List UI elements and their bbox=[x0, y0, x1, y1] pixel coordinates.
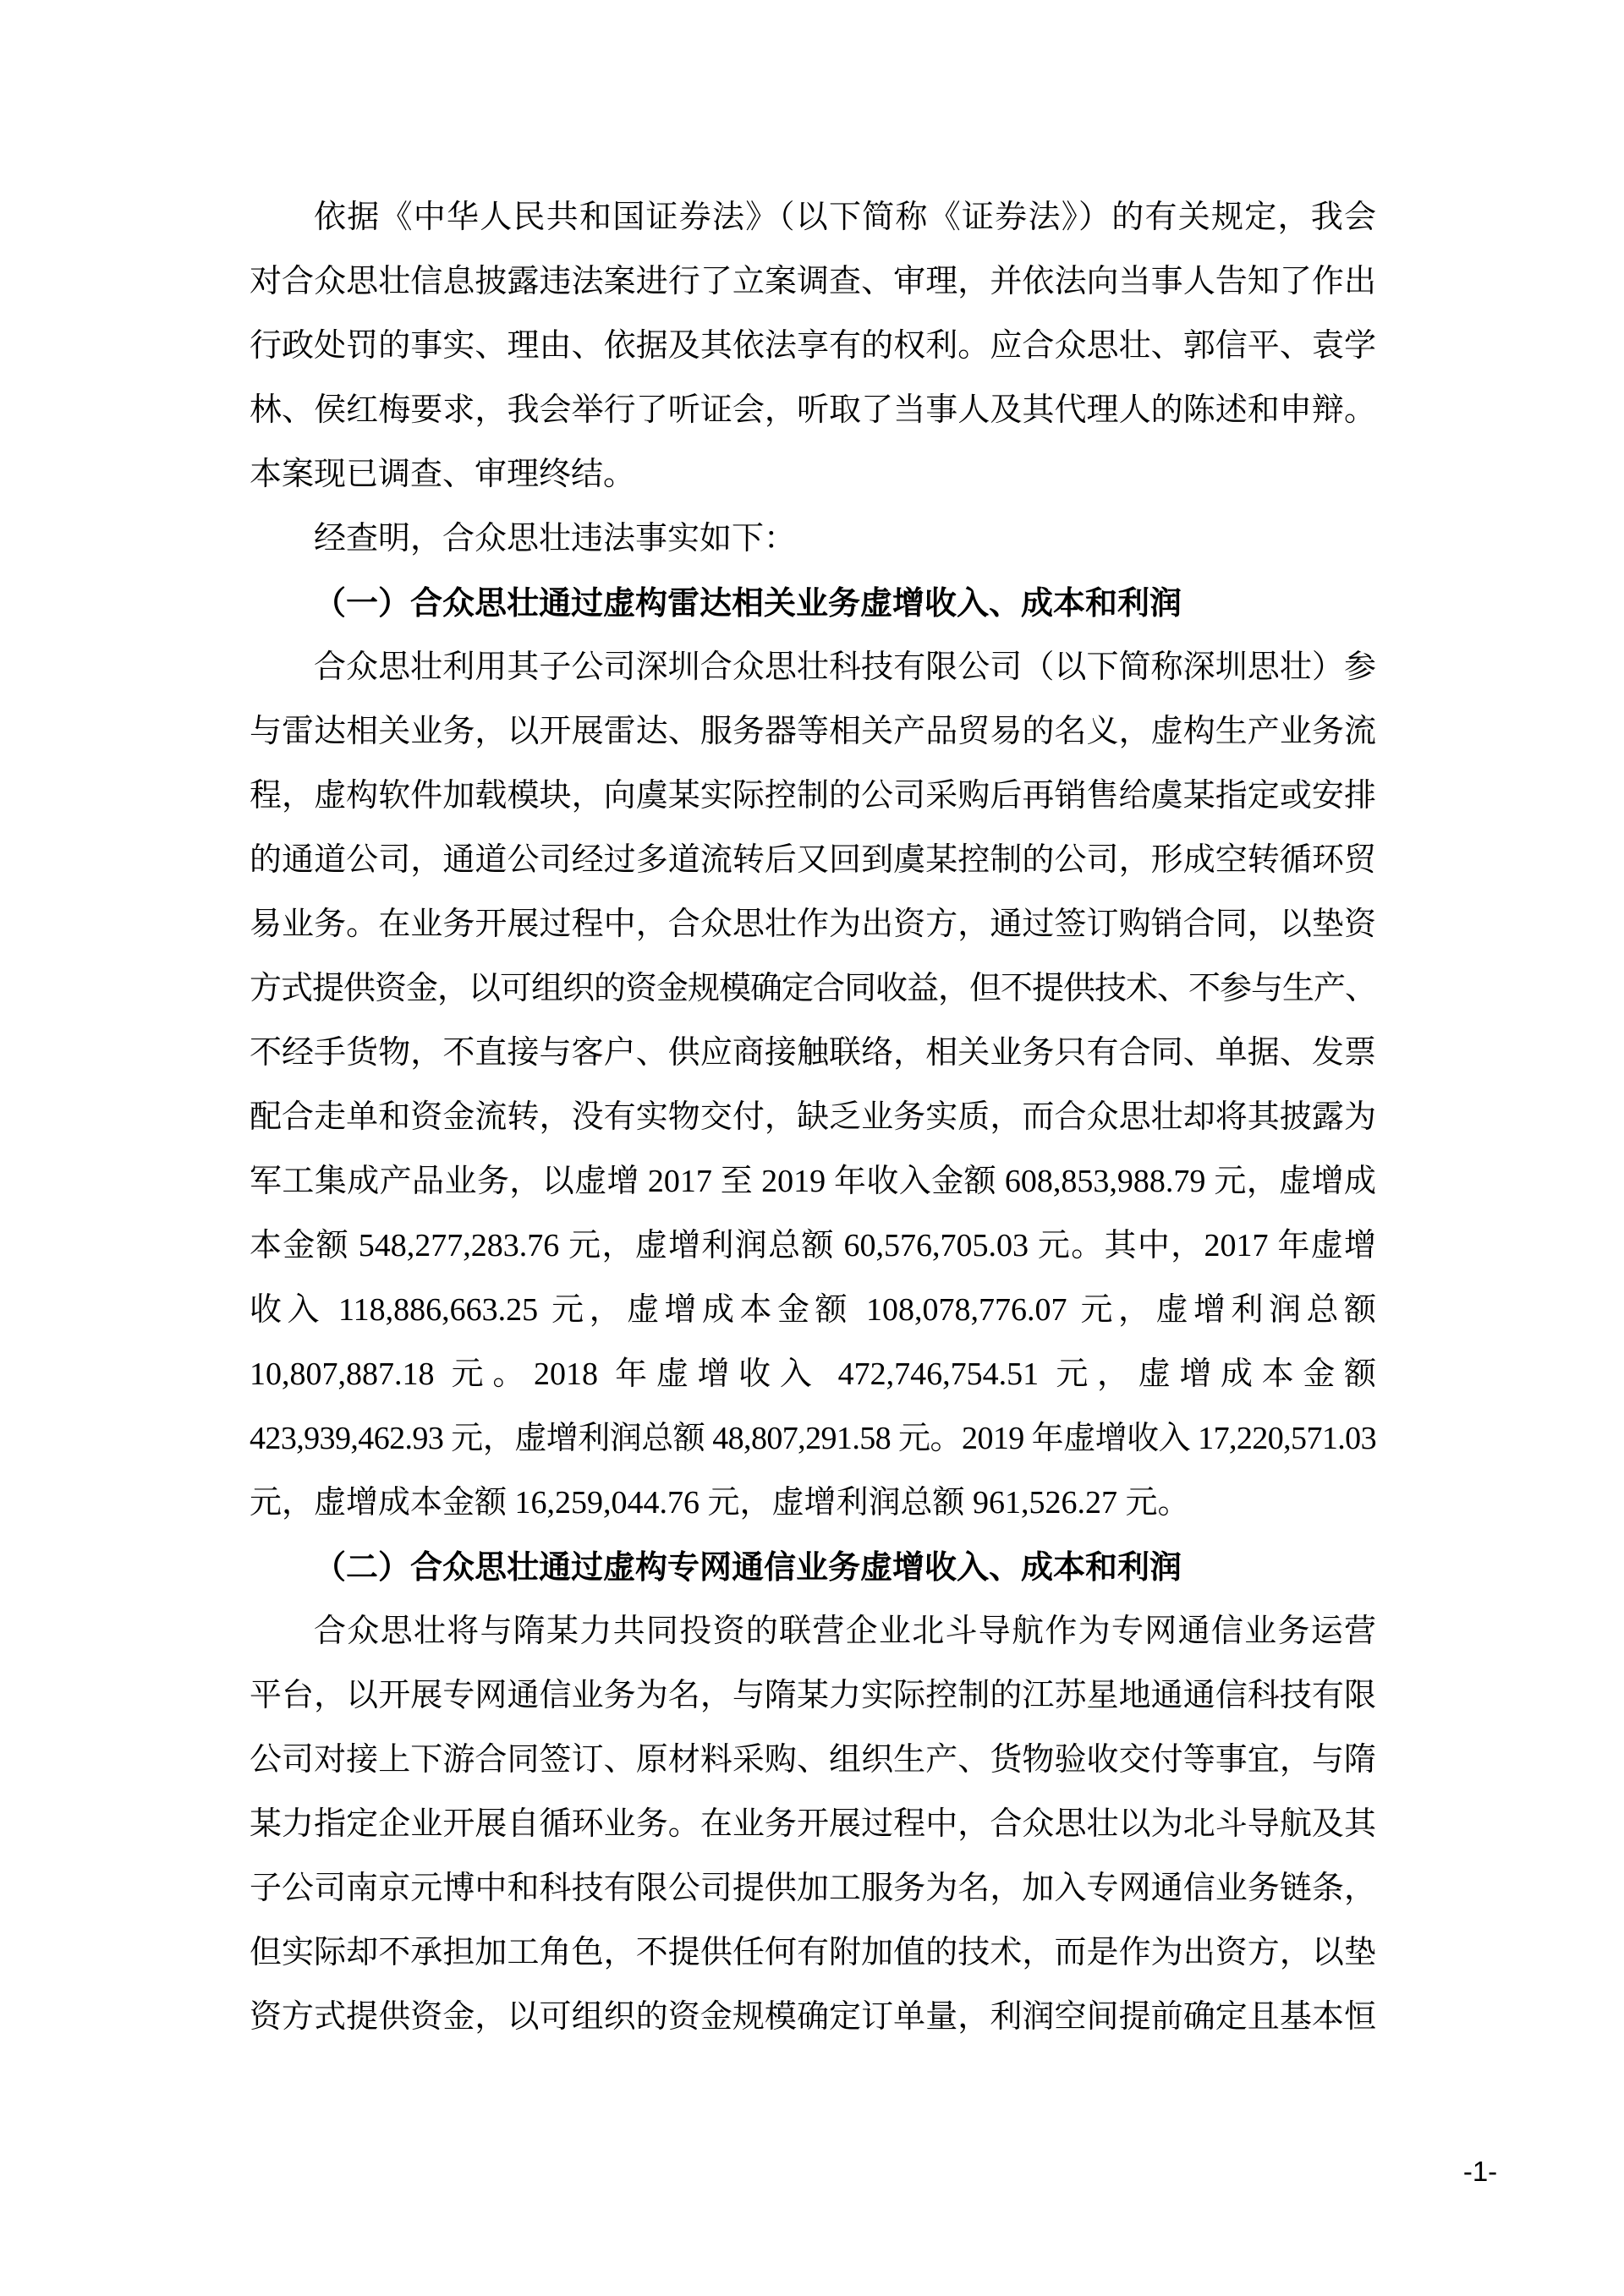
document-page: 依据《中华人民共和国证券法》（以下简称《证券法》）的有关规定，我会对合众思壮信息… bbox=[0, 0, 1624, 2296]
text-line: 不经手货物，不直接与客户、供应商接触联络，相关业务只有合同、单据、发票 bbox=[250, 1021, 1376, 1085]
text-line: 林、侯红梅要求，我会举行了听证会，听取了当事人及其代理人的陈述和申辩。 bbox=[250, 378, 1376, 442]
text-line: 合众思壮利用其子公司深圳合众思壮科技有限公司（以下简称深圳思壮）参 bbox=[250, 635, 1376, 699]
text-line: 收入 118,886,663.25 元，虚增成本金额 108,078,776.0… bbox=[250, 1278, 1376, 1342]
text-line: 经查明，合众思壮违法事实如下： bbox=[250, 507, 1376, 571]
text-line: 平台，以开展专网通信业务为名，与隋某力实际控制的江苏星地通通信科技有限 bbox=[250, 1663, 1376, 1728]
section-heading: （一）合众思壮通过虚构雷达相关业务虚增收入、成本和利润 bbox=[250, 571, 1376, 635]
text-line: 对合众思壮信息披露违法案进行了立案调查、审理，并依法向当事人告知了作出 bbox=[250, 249, 1376, 314]
text-line: 10,807,887.18 元。2018 年虚增收入 472,746,754.5… bbox=[250, 1342, 1376, 1406]
text-line: 子公司南京元博中和科技有限公司提供加工服务为名，加入专网通信业务链条， bbox=[250, 1856, 1376, 1921]
text-line: 配合走单和资金流转，没有实物交付，缺乏业务实质，而合众思壮却将其披露为 bbox=[250, 1085, 1376, 1149]
text-line: 的通道公司，通道公司经过多道流转后又回到虞某控制的公司，形成空转循环贸 bbox=[250, 828, 1376, 892]
text-line: 合众思壮将与隋某力共同投资的联营企业北斗导航作为专网通信业务运营 bbox=[250, 1599, 1376, 1663]
text-line: 与雷达相关业务，以开展雷达、服务器等相关产品贸易的名义，虚构生产业务流 bbox=[250, 699, 1376, 764]
text-line: 公司对接上下游合同签订、原材料采购、组织生产、货物验收交付等事宜，与隋 bbox=[250, 1728, 1376, 1792]
section-heading: （二）合众思壮通过虚构专网通信业务虚增收入、成本和利润 bbox=[250, 1535, 1376, 1599]
text-line: 423,939,462.93 元，虚增利润总额 48,807,291.58 元。… bbox=[250, 1406, 1376, 1471]
text-line: 某力指定企业开展自循环业务。在业务开展过程中，合众思壮以为北斗导航及其 bbox=[250, 1792, 1376, 1856]
text-line: 但实际却不承担加工角色，不提供任何有附加值的技术，而是作为出资方，以垫 bbox=[250, 1921, 1376, 1985]
text-line: 依据《中华人民共和国证券法》（以下简称《证券法》）的有关规定，我会 bbox=[250, 185, 1376, 249]
page-number: -1- bbox=[1429, 2155, 1531, 2189]
text-line: 方式提供资金，以可组织的资金规模确定合同收益，但不提供技术、不参与生产、 bbox=[250, 956, 1376, 1021]
text-line: 军工集成产品业务，以虚增 2017 至 2019 年收入金额 608,853,9… bbox=[250, 1149, 1376, 1214]
text-line: 本金额 548,277,283.76 元，虚增利润总额 60,576,705.0… bbox=[250, 1214, 1376, 1278]
text-line: 易业务。在业务开展过程中，合众思壮作为出资方，通过签订购销合同，以垫资 bbox=[250, 892, 1376, 956]
text-line: 程，虚构软件加载模块，向虞某实际控制的公司采购后再销售给虞某指定或安排 bbox=[250, 764, 1376, 828]
text-line: 本案现已调查、审理终结。 bbox=[250, 442, 1376, 507]
text-line: 元，虚增成本金额 16,259,044.76 元，虚增利润总额 961,526.… bbox=[250, 1471, 1376, 1535]
text-line: 资方式提供资金，以可组织的资金规模确定订单量，利润空间提前确定且基本恒 bbox=[250, 1985, 1376, 2049]
text-line: 行政处罚的事实、理由、依据及其依法享有的权利。应合众思壮、郭信平、袁学 bbox=[250, 314, 1376, 378]
document-body: 依据《中华人民共和国证券法》（以下简称《证券法》）的有关规定，我会对合众思壮信息… bbox=[250, 185, 1376, 2049]
